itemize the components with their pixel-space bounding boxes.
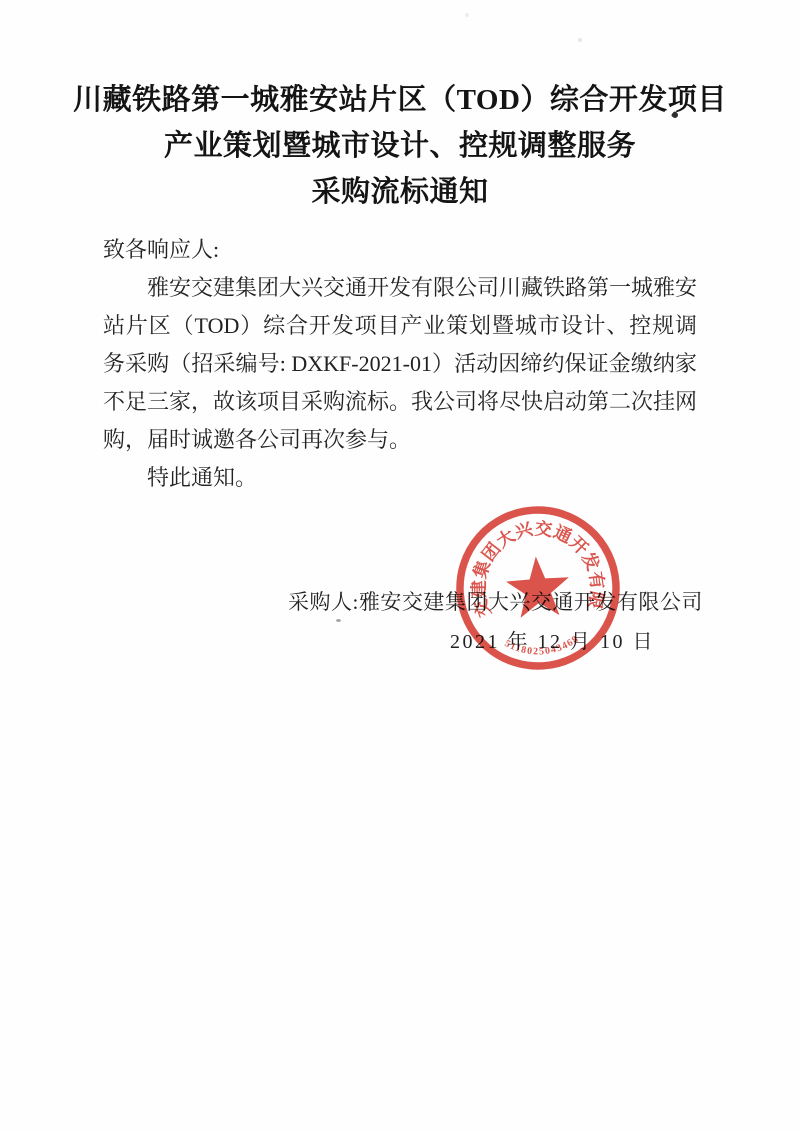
body-line: 务采购（招采编号: DXKF-2021-01）活动因缔约保证金缴纳家数 — [103, 345, 697, 383]
scan-speck — [578, 38, 582, 42]
purchaser-line: 采购人:雅安交建集团大兴交通开发有限公司 — [288, 586, 703, 616]
title-line-1: 川藏铁路第一城雅安站片区（TOD）综合开发项目 — [0, 77, 800, 123]
scan-speck — [465, 13, 469, 17]
purchaser-label: 采购人: — [288, 590, 359, 614]
date-line: 2021 年 12 月 10 日 — [450, 625, 655, 654]
scan-speck — [336, 619, 341, 622]
title-line-3: 采购流标通知 — [0, 169, 800, 215]
document-page: 川藏铁路第一城雅安站片区（TOD）综合开发项目 产业策划暨城市设计、控规调整服务… — [0, 0, 800, 1131]
body-line: 雅安交建集团大兴交通开发有限公司川藏铁路第一城雅安 — [103, 269, 697, 307]
title-line-2: 产业策划暨城市设计、控规调整服务 — [0, 123, 800, 169]
notice-body: 致各响应人: 雅安交建集团大兴交通开发有限公司川藏铁路第一城雅安 站片区（TOD… — [103, 231, 697, 497]
body-line: 购，届时诚邀各公司再次参与。 — [103, 421, 697, 459]
body-line: 站片区（TOD）综合开发项目产业策划暨城市设计、控规调整服 — [103, 307, 697, 345]
purchaser-company: 雅安交建集团大兴交通开发有限公司 — [359, 590, 703, 614]
closing-line: 特此通知。 — [103, 459, 697, 497]
salutation: 致各响应人: — [103, 231, 697, 269]
notice-title: 川藏铁路第一城雅安站片区（TOD）综合开发项目 产业策划暨城市设计、控规调整服务… — [0, 77, 800, 215]
body-line: 不足三家，故该项目采购流标。我公司将尽快启动第二次挂网采 — [103, 383, 697, 421]
